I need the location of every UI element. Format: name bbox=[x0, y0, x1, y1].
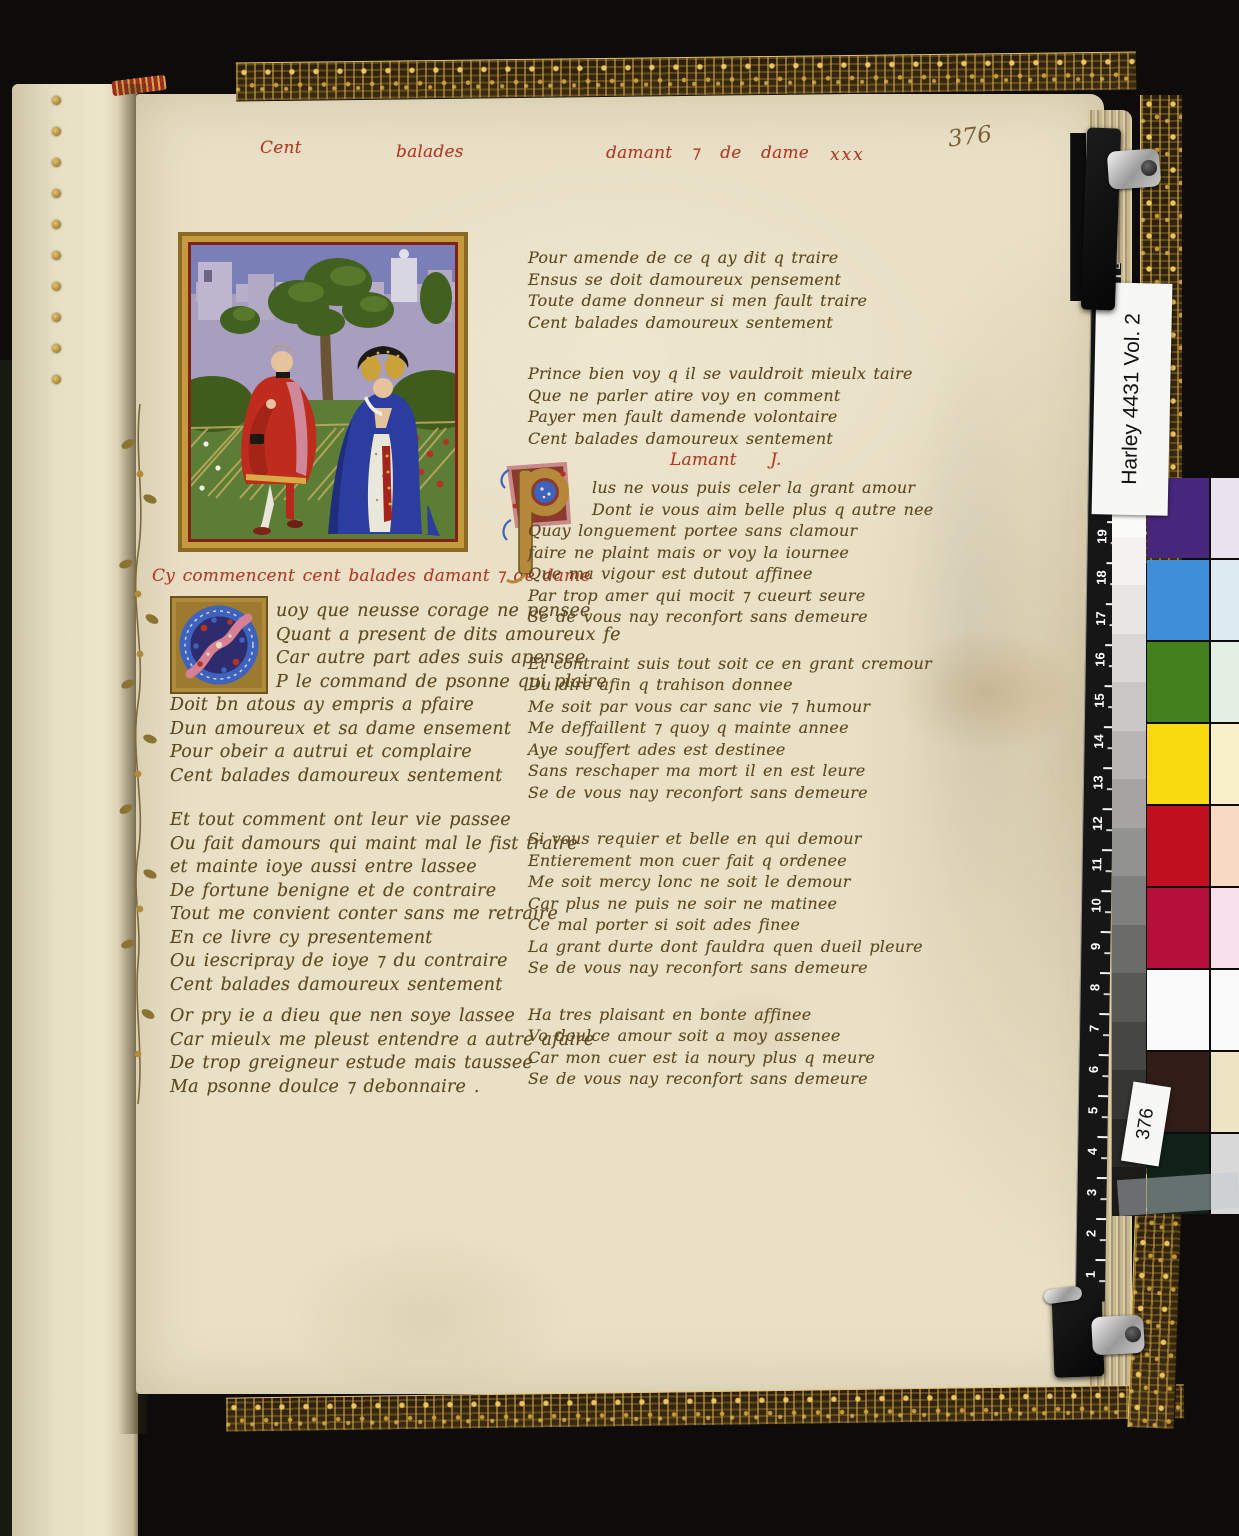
text-line: Et contraint suis tout soit ce en grant … bbox=[528, 654, 988, 676]
ruler-number: 6 bbox=[1086, 1058, 1101, 1080]
ruler-tick bbox=[1101, 890, 1111, 892]
grayscale-patch bbox=[1112, 1022, 1146, 1071]
gold-dots bbox=[52, 96, 64, 406]
ruler-tick bbox=[1102, 849, 1112, 851]
grayscale-patch bbox=[1112, 973, 1146, 1022]
text-line: Cent balades damoureux sentement bbox=[528, 313, 988, 335]
lover-head bbox=[271, 351, 293, 373]
stanza: lus ne vous puis celer la grant amourDon… bbox=[528, 478, 988, 629]
grayscale-patch bbox=[1112, 682, 1146, 731]
ruler-half-tick bbox=[1099, 1280, 1105, 1282]
text-line: Dont ie vous aim belle plus q autre nee bbox=[528, 500, 988, 522]
text-line: Me soit par vous car sanc vie ⁊ humour bbox=[528, 697, 988, 719]
text-line: Si vous requier et belle en qui demour bbox=[528, 829, 988, 851]
grayscale-patch bbox=[1112, 828, 1146, 877]
text-line: Me soit mercy lonc ne soit le demour bbox=[528, 872, 988, 894]
text-line: Se de vous nay reconfort sans demeure bbox=[528, 607, 988, 629]
color-row bbox=[1147, 970, 1239, 1050]
stanza: Si vous requier et belle en qui demourEn… bbox=[528, 829, 988, 980]
ruler-tick bbox=[1099, 1054, 1109, 1056]
grayscale-patch bbox=[1112, 731, 1146, 780]
gold-tooling-dot bbox=[52, 313, 61, 322]
text-line: Se de vous nay reconfort sans demeure bbox=[528, 783, 988, 805]
color-patch-tint bbox=[1211, 724, 1239, 804]
text-line: lus ne vous puis celer la grant amour bbox=[528, 478, 988, 500]
color-patch bbox=[1147, 642, 1209, 722]
text-line: Entierement mon cuer fait q ordenee bbox=[528, 851, 988, 873]
gold-tooling-dot bbox=[52, 220, 61, 229]
ruler-number: 16 bbox=[1092, 648, 1107, 670]
ruler-number: 17 bbox=[1093, 607, 1108, 629]
text-line: Se de vous nay reconfort sans demeure bbox=[528, 1069, 988, 1091]
section-heading: Lamant J. bbox=[528, 450, 988, 478]
text-line: Prince bien voy q il se vauldroit mieulx… bbox=[528, 364, 988, 386]
folio-sticker-text: 376 bbox=[1133, 1107, 1160, 1142]
ruler-number: 19 bbox=[1094, 525, 1109, 547]
ruler-tick bbox=[1097, 1136, 1107, 1138]
color-patch-tint bbox=[1211, 970, 1239, 1050]
color-patch-tint bbox=[1211, 1052, 1239, 1132]
ruler-tick bbox=[1100, 972, 1110, 974]
running-title-numeral: xxx bbox=[830, 145, 865, 165]
ruler-tick bbox=[1096, 1218, 1106, 1220]
ruler-tick bbox=[1097, 1177, 1107, 1179]
stanza: Et contraint suis tout soit ce en grant … bbox=[528, 654, 988, 805]
grayscale-patch bbox=[1112, 779, 1146, 828]
text-line: Par trop amer qui mocit ⁊ cueurt seure bbox=[528, 586, 988, 608]
ruler-tick bbox=[1101, 931, 1111, 933]
text-line: Sans reschaper ma mort il en est leure bbox=[528, 761, 988, 783]
running-title-balades: balades bbox=[396, 142, 464, 162]
lady-head bbox=[373, 378, 393, 398]
color-patch-tint bbox=[1211, 888, 1239, 968]
shelfmark-label: Harley 4431 Vol. 2 bbox=[1092, 282, 1173, 516]
folio-number-ink: 376 bbox=[947, 121, 994, 152]
text-line: Se de vous nay reconfort sans demeure bbox=[528, 958, 988, 980]
text-line: La grant durte dont fauldra quen dueil p… bbox=[528, 937, 988, 959]
ruler-half-tick bbox=[1101, 1157, 1107, 1159]
running-title-cent: Cent bbox=[260, 138, 302, 158]
text-line: Vo doulce amour soit a moy assenee bbox=[528, 1026, 988, 1048]
ruler-number: 9 bbox=[1088, 935, 1103, 957]
text-line: Du dire afin q trahison donnee bbox=[528, 675, 988, 697]
ruler-number: 13 bbox=[1090, 771, 1105, 793]
color-patch bbox=[1147, 970, 1209, 1050]
grayscale-patch bbox=[1112, 925, 1146, 974]
ruler-number: 1 bbox=[1083, 1263, 1098, 1285]
ruler-number: 14 bbox=[1091, 730, 1106, 752]
ruler-half-tick bbox=[1100, 1239, 1106, 1241]
right-column: Pour amende de ce q ay dit q traireEnsus… bbox=[528, 248, 988, 1091]
right-column-top: Pour amende de ce q ay dit q traireEnsus… bbox=[528, 248, 988, 450]
ruler-number: 11 bbox=[1089, 853, 1104, 875]
ruler-number: 3 bbox=[1084, 1181, 1099, 1203]
ruler-half-tick bbox=[1106, 870, 1112, 872]
gold-tooling-dot bbox=[52, 189, 61, 198]
ruler-tick bbox=[1099, 1013, 1109, 1015]
gold-tooling-dot bbox=[52, 251, 61, 260]
ruler-half-tick bbox=[1104, 952, 1110, 954]
ruler-number: 4 bbox=[1085, 1140, 1100, 1162]
text-line: Car plus ne puis ne soir ne matinee bbox=[528, 894, 988, 916]
ruler-number: 5 bbox=[1085, 1099, 1100, 1121]
gold-tooling-dot bbox=[52, 375, 61, 384]
margin-flourish bbox=[104, 404, 174, 1104]
photographed-manuscript-page: Cent balades damant ⁊ de dame xxx 376 bbox=[0, 0, 1239, 1536]
ruler-half-tick bbox=[1100, 1198, 1106, 1200]
gold-tooling-dot bbox=[52, 282, 61, 291]
grayscale-patch bbox=[1112, 585, 1146, 634]
stanza: Prince bien voy q il se vauldroit mieulx… bbox=[528, 364, 988, 450]
ruler-number: 15 bbox=[1092, 689, 1107, 711]
color-patch bbox=[1147, 806, 1209, 886]
text-line: Car mon cuer est ia noury plus q meure bbox=[528, 1048, 988, 1070]
ruler-number: 10 bbox=[1088, 894, 1103, 916]
right-column-ballade: lus ne vous puis celer la grant amourDon… bbox=[528, 478, 988, 1091]
text-line: Que ma vigour est dutout affinee bbox=[528, 564, 988, 586]
color-patch-tint bbox=[1211, 806, 1239, 886]
ruler-tick bbox=[1098, 1095, 1108, 1097]
bottom-binder-clip-handle[interactable] bbox=[1091, 1315, 1145, 1356]
text-line: Que ne parler atire voy en comment bbox=[528, 386, 988, 408]
text-line: Pour amende de ce q ay dit q traire bbox=[528, 248, 988, 270]
ruler-half-tick bbox=[1102, 1116, 1108, 1118]
color-patch-tint bbox=[1211, 478, 1239, 558]
ruler-number: 12 bbox=[1090, 812, 1105, 834]
color-patch bbox=[1147, 724, 1209, 804]
ruler-half-tick bbox=[1102, 1075, 1108, 1077]
grayscale-patch bbox=[1112, 634, 1146, 683]
ruler-half-tick bbox=[1105, 911, 1111, 913]
color-row bbox=[1147, 724, 1239, 804]
ruler-number: 2 bbox=[1083, 1222, 1098, 1244]
color-patch bbox=[1147, 560, 1209, 640]
stanza: Pour amende de ce q ay dit q traireEnsus… bbox=[528, 248, 988, 334]
color-row bbox=[1147, 888, 1239, 968]
color-row bbox=[1147, 806, 1239, 886]
top-binder-clip-handle[interactable] bbox=[1107, 148, 1162, 190]
gold-tooling-dot bbox=[52, 96, 61, 105]
heading-lamant: Lamant bbox=[670, 450, 737, 470]
stanza: Ha tres plaisant en bonte affineeVo doul… bbox=[528, 1005, 988, 1091]
text-line: faire ne plaint mais or voy la iournee bbox=[528, 543, 988, 565]
text-line: Payer men fault damende volontaire bbox=[528, 407, 988, 429]
color-patch-tint bbox=[1211, 560, 1239, 640]
ruler-number: 8 bbox=[1087, 976, 1102, 998]
pouch bbox=[250, 434, 264, 444]
miniature-illustration bbox=[178, 232, 468, 552]
ruler-half-tick bbox=[1103, 1034, 1109, 1036]
text-line: Ensus se doit damoureux pensement bbox=[528, 270, 988, 292]
gold-tooling-dot bbox=[52, 344, 61, 353]
color-row bbox=[1147, 560, 1239, 640]
ruler-half-tick bbox=[1104, 993, 1110, 995]
gold-tooling-dot bbox=[52, 127, 61, 136]
running-title-damant-de-dame: damant ⁊ de dame bbox=[606, 143, 809, 163]
text-line: Quay longuement portee sans clamour bbox=[528, 521, 988, 543]
grayscale-patch bbox=[1112, 537, 1146, 586]
text-line: Ha tres plaisant en bonte affinee bbox=[528, 1005, 988, 1027]
color-patch-tint bbox=[1211, 642, 1239, 722]
heading-numeral: J. bbox=[770, 450, 781, 470]
text-line: Toute dame donneur si men fault traire bbox=[528, 291, 988, 313]
ruler-tick bbox=[1095, 1259, 1105, 1261]
text-line: Ce mal porter si soit ades finee bbox=[528, 915, 988, 937]
text-line: Me deffaillent ⁊ quoy q mainte annee bbox=[528, 718, 988, 740]
gold-tooling-dot bbox=[52, 158, 61, 167]
ruler-number: 7 bbox=[1086, 1017, 1101, 1039]
color-row bbox=[1147, 642, 1239, 722]
ruler-number: 18 bbox=[1094, 566, 1109, 588]
grayscale-patch bbox=[1112, 876, 1146, 925]
color-patch bbox=[1147, 888, 1209, 968]
text-line: Aye souffert ades est destinee bbox=[528, 740, 988, 762]
monument bbox=[391, 258, 417, 302]
text-line: Cent balades damoureux sentement bbox=[528, 429, 988, 451]
shelfmark-text: Harley 4431 Vol. 2 bbox=[1118, 313, 1146, 485]
